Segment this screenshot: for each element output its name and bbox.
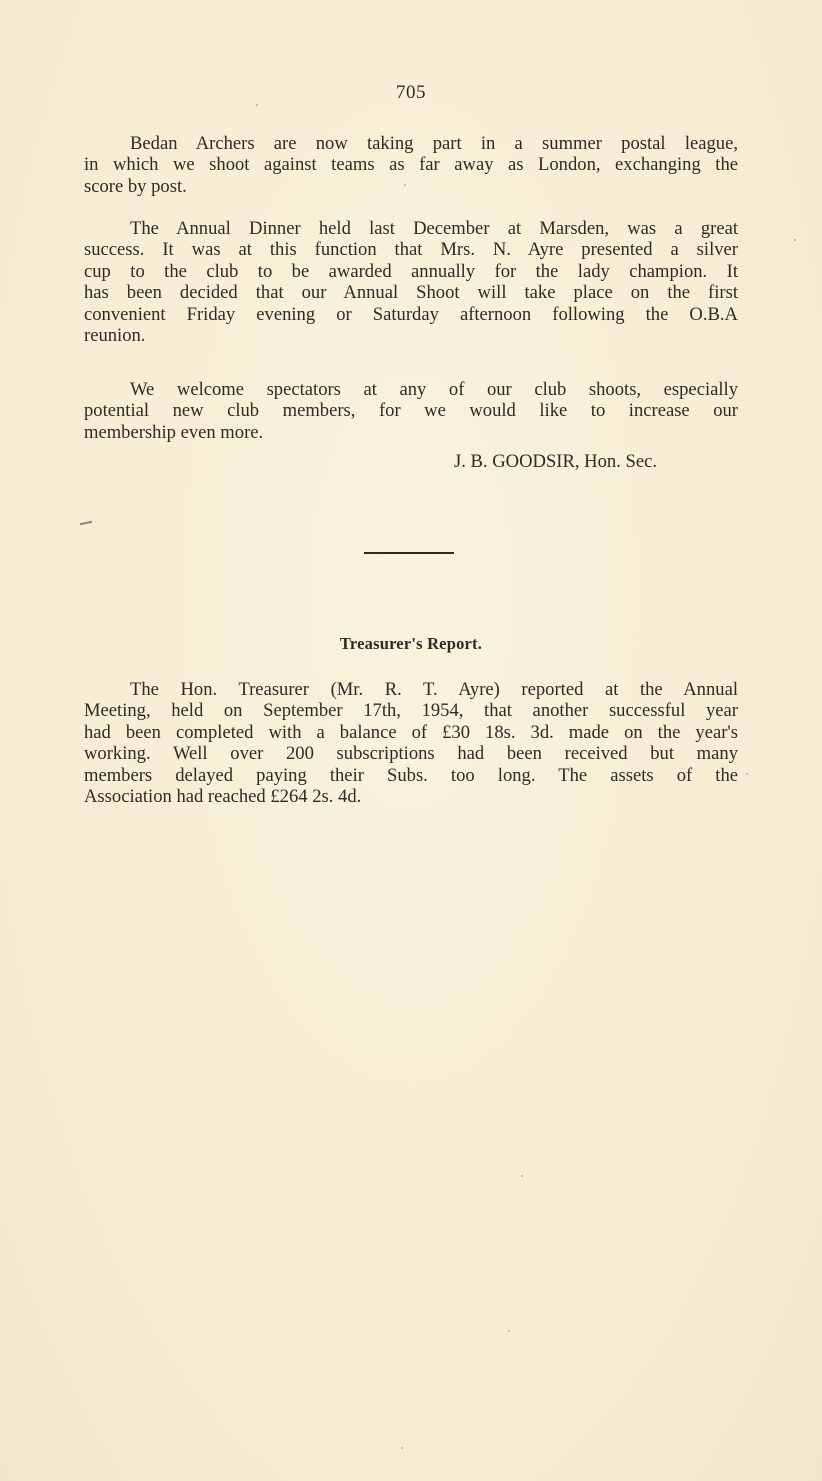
paragraph-postal-league: Bedan Archers are now taking part in a s… [84,133,738,197]
text-line: We welcome spectators at any of our club… [84,379,738,400]
paper-speck [794,239,796,241]
paragraph-annual-dinner: The Annual Dinner held last December at … [84,218,738,346]
section-heading-treasurer: Treasurer's Report. [0,634,822,654]
text-line: score by post. [84,176,738,197]
text-line: in which we shoot against teams as far a… [84,154,738,175]
paper-speck [746,773,748,775]
text-line: reunion. [84,325,738,346]
document-page: 705 Bedan Archers are now taking part in… [0,0,822,1481]
paragraph-treasurer: The Hon. Treasurer (Mr. R. T. Ayre) repo… [84,679,738,807]
stray-mark [80,521,92,525]
text-line: members delayed paying their Subs. too l… [84,765,738,786]
page-number: 705 [0,82,822,104]
text-line: Bedan Archers are now taking part in a s… [84,133,738,154]
text-line: The Hon. Treasurer (Mr. R. T. Ayre) repo… [84,679,738,700]
text-line: potential new club members, for we would… [84,400,738,421]
signature: J. B. GOODSIR, Hon. Sec. [454,451,657,473]
paper-speck [256,104,258,106]
text-line: had been completed with a balance of £30… [84,722,738,743]
text-line: success. It was at this function that Mr… [84,239,738,260]
text-line: convenient Friday evening or Saturday af… [84,304,738,325]
text-line: Association had reached £264 2s. 4d. [84,786,738,807]
paper-speck [404,184,406,186]
paragraph-spectators: We welcome spectators at any of our club… [84,379,738,443]
text-line: has been decided that our Annual Shoot w… [84,282,738,303]
text-line: The Annual Dinner held last December at … [84,218,738,239]
paper-speck [521,1175,523,1177]
text-line: cup to the club to be awarded annually f… [84,261,738,282]
text-line: Meeting, held on September 17th, 1954, t… [84,700,738,721]
paper-speck [508,1330,510,1332]
text-line: working. Well over 200 subscriptions had… [84,743,738,764]
section-divider [364,552,454,554]
paper-speck [401,1447,403,1449]
text-line: membership even more. [84,422,738,443]
